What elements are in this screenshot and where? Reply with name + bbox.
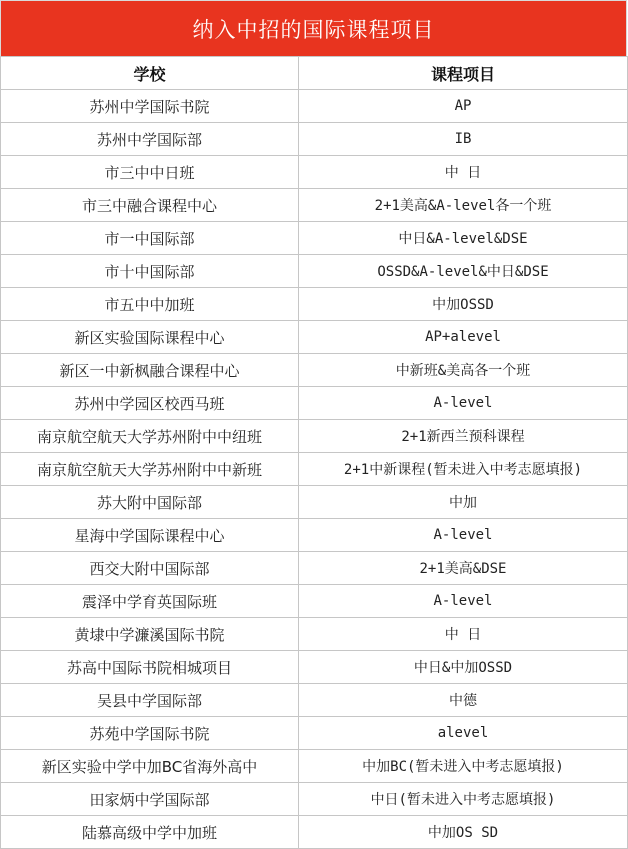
school-cell: 市三中融合课程中心	[1, 189, 299, 222]
program-cell: A-level	[299, 387, 628, 420]
table-row: 陆慕高级中学中加班中加OS SD	[1, 816, 628, 849]
course-table-document: 纳入中招的国际课程项目 学校 课程项目 苏州中学国际书院AP苏州中学国际部IB市…	[0, 0, 627, 848]
program-cell: 2+1美高&A-level各一个班	[299, 189, 628, 222]
program-cell: AP+alevel	[299, 321, 628, 354]
school-cell: 市三中中日班	[1, 156, 299, 189]
school-cell: 市五中中加班	[1, 288, 299, 321]
school-cell: 苏大附中国际部	[1, 486, 299, 519]
table-row: 南京航空航天大学苏州附中中纽班2+1新西兰预科课程	[1, 420, 628, 453]
school-cell: 新区一中新枫融合课程中心	[1, 354, 299, 387]
header-school: 学校	[1, 57, 299, 90]
program-cell: IB	[299, 123, 628, 156]
school-cell: 市一中国际部	[1, 222, 299, 255]
program-cell: 2+1美高&DSE	[299, 552, 628, 585]
table-row: 新区一中新枫融合课程中心中新班&美高各一个班	[1, 354, 628, 387]
school-cell: 苏苑中学国际书院	[1, 717, 299, 750]
school-cell: 苏州中学园区校西马班	[1, 387, 299, 420]
school-cell: 陆慕高级中学中加班	[1, 816, 299, 849]
program-cell: 中 日	[299, 618, 628, 651]
table-row: 苏大附中国际部中加	[1, 486, 628, 519]
program-cell: 2+1中新课程(暂未进入中考志愿填报)	[299, 453, 628, 486]
table-row: 新区实验国际课程中心AP+alevel	[1, 321, 628, 354]
table-row: 田家炳中学国际部中日(暂未进入中考志愿填报)	[1, 783, 628, 816]
program-cell: OSSD&A-level&中日&DSE	[299, 255, 628, 288]
course-table: 学校 课程项目 苏州中学国际书院AP苏州中学国际部IB市三中中日班中 日市三中融…	[0, 56, 628, 849]
table-row: 市三中中日班中 日	[1, 156, 628, 189]
table-row: 市一中国际部中日&A-level&DSE	[1, 222, 628, 255]
table-row: 市五中中加班中加OSSD	[1, 288, 628, 321]
school-cell: 星海中学国际课程中心	[1, 519, 299, 552]
program-cell: 中日(暂未进入中考志愿填报)	[299, 783, 628, 816]
program-cell: A-level	[299, 585, 628, 618]
program-cell: 中日&中加OSSD	[299, 651, 628, 684]
table-row: 苏高中国际书院相城项目中日&中加OSSD	[1, 651, 628, 684]
table-row: 苏州中学园区校西马班A-level	[1, 387, 628, 420]
program-cell: 2+1新西兰预科课程	[299, 420, 628, 453]
school-cell: 南京航空航天大学苏州附中中纽班	[1, 420, 299, 453]
school-cell: 苏高中国际书院相城项目	[1, 651, 299, 684]
table-row: 西交大附中国际部2+1美高&DSE	[1, 552, 628, 585]
table-row: 市十中国际部OSSD&A-level&中日&DSE	[1, 255, 628, 288]
table-row: 苏苑中学国际书院alevel	[1, 717, 628, 750]
school-cell: 苏州中学国际部	[1, 123, 299, 156]
school-cell: 吴县中学国际部	[1, 684, 299, 717]
program-cell: 中加OS SD	[299, 816, 628, 849]
table-row: 市三中融合课程中心2+1美高&A-level各一个班	[1, 189, 628, 222]
table-title: 纳入中招的国际课程项目	[0, 0, 627, 56]
table-row: 星海中学国际课程中心A-level	[1, 519, 628, 552]
school-cell: 南京航空航天大学苏州附中中新班	[1, 453, 299, 486]
table-row: 苏州中学国际书院AP	[1, 90, 628, 123]
program-cell: 中德	[299, 684, 628, 717]
header-program: 课程项目	[299, 57, 628, 90]
program-cell: 中新班&美高各一个班	[299, 354, 628, 387]
table-row: 黄埭中学濂溪国际书院中 日	[1, 618, 628, 651]
program-cell: AP	[299, 90, 628, 123]
table-row: 苏州中学国际部IB	[1, 123, 628, 156]
school-cell: 黄埭中学濂溪国际书院	[1, 618, 299, 651]
program-cell: A-level	[299, 519, 628, 552]
school-cell: 新区实验中学中加BC省海外高中	[1, 750, 299, 783]
school-cell: 田家炳中学国际部	[1, 783, 299, 816]
school-cell: 震泽中学育英国际班	[1, 585, 299, 618]
school-cell: 新区实验国际课程中心	[1, 321, 299, 354]
school-cell: 西交大附中国际部	[1, 552, 299, 585]
program-cell: 中加OSSD	[299, 288, 628, 321]
program-cell: alevel	[299, 717, 628, 750]
table-row: 吴县中学国际部中德	[1, 684, 628, 717]
program-cell: 中加BC(暂未进入中考志愿填报)	[299, 750, 628, 783]
school-cell: 苏州中学国际书院	[1, 90, 299, 123]
program-cell: 中日&A-level&DSE	[299, 222, 628, 255]
table-row: 震泽中学育英国际班A-level	[1, 585, 628, 618]
school-cell: 市十中国际部	[1, 255, 299, 288]
table-row: 南京航空航天大学苏州附中中新班2+1中新课程(暂未进入中考志愿填报)	[1, 453, 628, 486]
table-row: 新区实验中学中加BC省海外高中中加BC(暂未进入中考志愿填报)	[1, 750, 628, 783]
program-cell: 中 日	[299, 156, 628, 189]
header-row: 学校 课程项目	[1, 57, 628, 90]
program-cell: 中加	[299, 486, 628, 519]
table-body: 苏州中学国际书院AP苏州中学国际部IB市三中中日班中 日市三中融合课程中心2+1…	[1, 90, 628, 849]
